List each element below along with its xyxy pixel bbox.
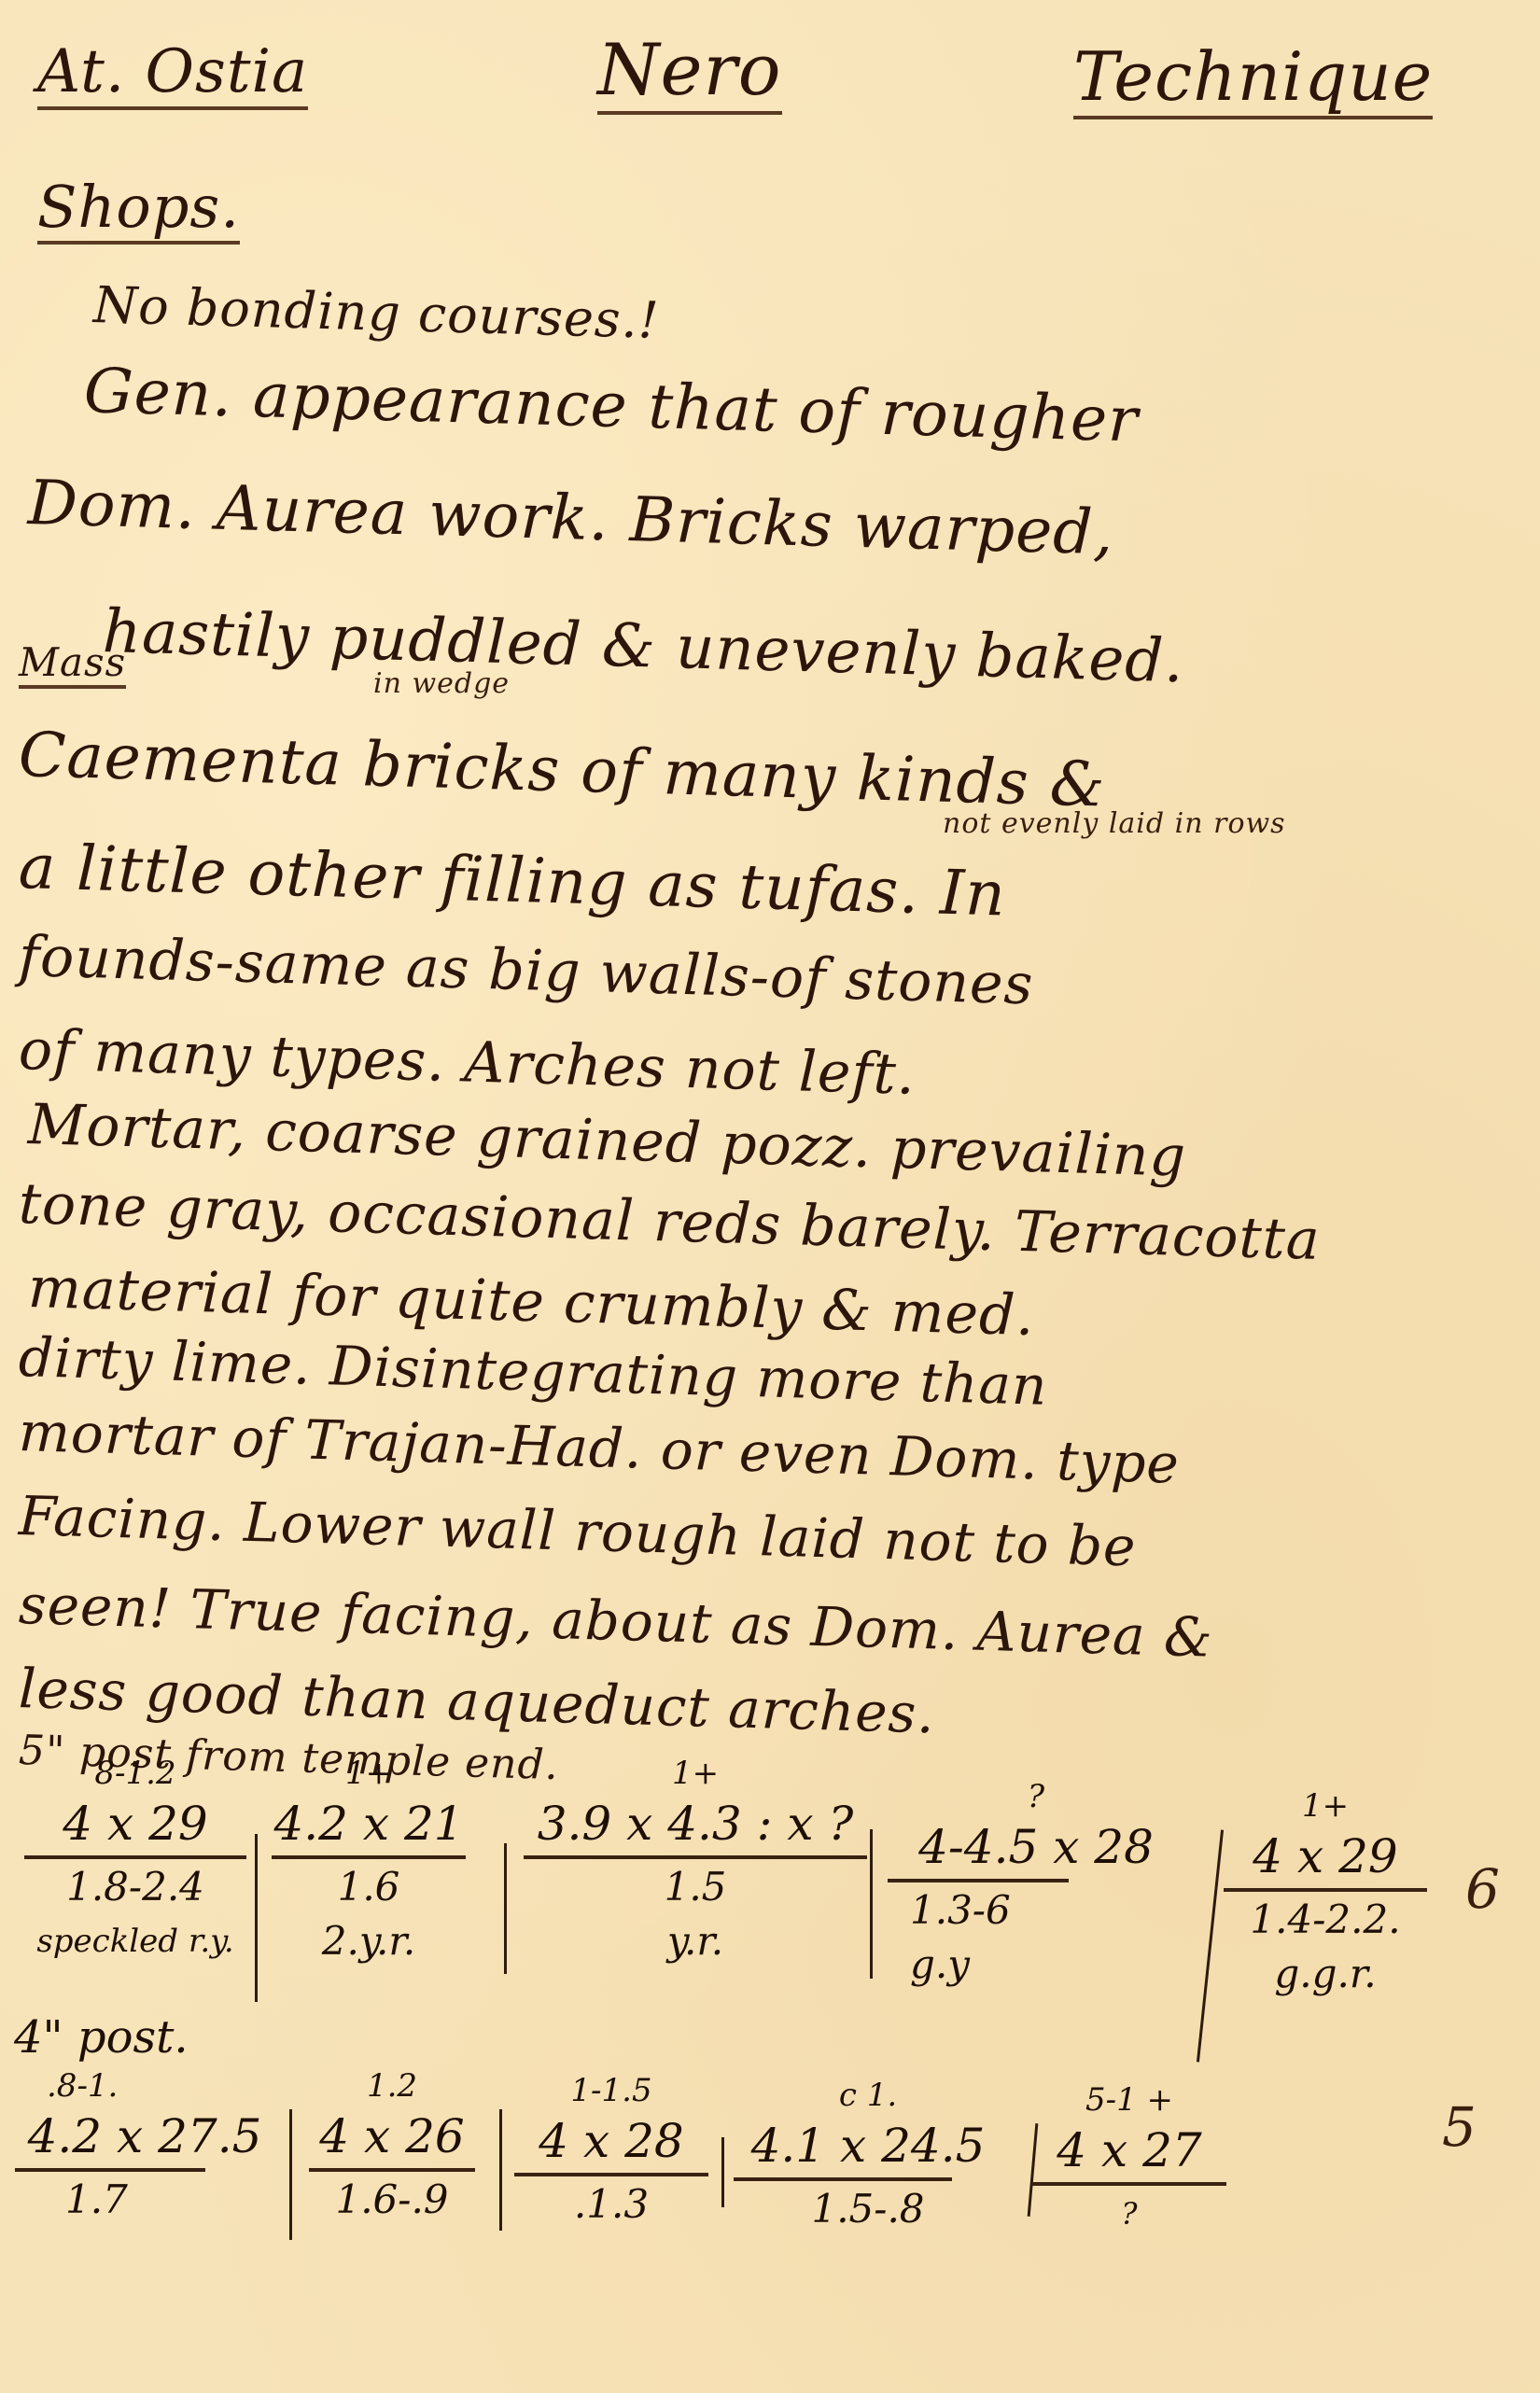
cell-joint: .1.3 — [509, 2180, 714, 2229]
cell-dimensions: 4.2 x 27.5 — [9, 2108, 280, 2164]
cell-joint: 1.5-.8 — [728, 2185, 1008, 2233]
measure-r2-c1: .8-1. 4.2 x 27.5 1.7 — [9, 2067, 280, 2224]
text-line-7: founds-same as big walls-of stones — [18, 924, 1034, 1017]
measure-r1-c1: 8-1.2 4 x 29 1.8-2.4 speckled r.y. — [19, 1755, 252, 1966]
cell-dimensions: 3.9 x 4.3 : x ? — [518, 1796, 873, 1852]
row2-label: 4" post. — [14, 2011, 189, 2064]
header-topic: Technique — [1073, 37, 1433, 119]
cell-color: g.y — [882, 1940, 1190, 1989]
cell-color: g.g.r. — [1218, 1950, 1433, 1998]
fraction-bar — [15, 2168, 205, 2172]
text-line-3: Dom. Aurea work. Bricks warped, — [27, 467, 1115, 568]
cell-top: 1+ — [266, 1755, 471, 1796]
column-divider — [504, 1843, 507, 1974]
cell-color: 2.y.r. — [266, 1917, 471, 1966]
header-period: Nero — [597, 28, 782, 115]
cell-dimensions: 4 x 27 — [1027, 2122, 1232, 2178]
cell-top: 1.2 — [303, 2067, 481, 2108]
fraction-bar — [309, 2168, 475, 2172]
text-line-14: Facing. Lower wall rough laid not to be — [18, 1484, 1137, 1578]
measure-r2-c5: 5-1 + 4 x 27 ? — [1027, 2081, 1232, 2238]
fraction-bar — [734, 2177, 952, 2181]
measure-r1-c5: 1+ 4 x 29 1.4-2.2. g.g.r. — [1218, 1787, 1433, 1998]
column-divider — [499, 2109, 502, 2231]
measure-r1-c2: 1+ 4.2 x 21 1.6 2.y.r. — [266, 1755, 471, 1966]
measure-r2-c3: 1-1.5 4 x 28 .1.3 — [509, 2072, 714, 2229]
cell-top: 8-1.2 — [19, 1755, 252, 1796]
cell-joint: 1.7 — [9, 2176, 280, 2224]
fraction-bar — [524, 1855, 867, 1859]
cell-top: 1+ — [518, 1755, 873, 1796]
cell-joint: 1.8-2.4 — [19, 1863, 252, 1911]
cell-top: 5-1 + — [1027, 2081, 1232, 2122]
heading-mass: Mass — [19, 639, 126, 689]
cell-dimensions: 4.2 x 21 — [266, 1796, 471, 1852]
cell-joint: 1.6 — [266, 1863, 471, 1911]
cell-dimensions: 4 x 28 — [509, 2113, 714, 2169]
insertion-in-wedge: in wedge — [373, 667, 510, 700]
cell-top: .8-1. — [9, 2067, 280, 2108]
fraction-bar — [888, 1879, 1069, 1882]
cell-top: 1+ — [1218, 1787, 1433, 1828]
measure-r2-c2: 1.2 4 x 26 1.6-.9 — [303, 2067, 481, 2224]
cell-joint: 1.3-6 — [882, 1886, 1190, 1935]
column-divider — [721, 2137, 724, 2207]
text-line-8: of many types. Arches not left. — [18, 1017, 917, 1108]
cell-joint: 1.6-.9 — [303, 2176, 481, 2224]
text-line-5: Caementa bricks of many kinds & — [18, 719, 1107, 820]
fraction-bar — [24, 1855, 246, 1859]
measure-r1-c4: ? 4-4.5 x 28 1.3-6 g.y — [882, 1778, 1190, 1989]
cell-dimensions: 4 x 29 — [19, 1796, 252, 1852]
circled-number-5: 5 — [1442, 2095, 1477, 2159]
circled-number-6: 6 — [1465, 1857, 1500, 1921]
column-divider — [255, 1834, 258, 2002]
text-line-4: hastily puddled & unevenly baked. — [102, 597, 1185, 696]
insertion-not-evenly-laid: not evenly laid in rows — [943, 807, 1286, 840]
cell-dimensions: 4 x 29 — [1218, 1828, 1433, 1884]
cell-joint: ? — [1027, 2190, 1232, 2238]
fraction-bar — [272, 1855, 466, 1859]
fraction-bar — [1032, 2182, 1226, 2186]
cell-joint: 1.5 — [518, 1863, 873, 1911]
notebook-page: At. Ostia Nero Technique Shops. No bondi… — [0, 0, 1540, 2393]
header-location: At. Ostia — [37, 37, 308, 110]
cell-color: y.r. — [518, 1917, 873, 1966]
text-line-2: Gen. appearance that of rougher — [83, 355, 1140, 456]
measure-r1-c3: 1+ 3.9 x 4.3 : x ? 1.5 y.r. — [518, 1755, 873, 1966]
text-line-6: a little other filling as tufas. In — [18, 831, 1007, 931]
cell-dimensions: 4 x 26 — [303, 2108, 481, 2164]
heading-shops: Shops. — [37, 173, 240, 245]
cell-dimensions: 4.1 x 24.5 — [728, 2118, 1008, 2174]
column-divider — [870, 1829, 873, 1979]
cell-color: speckled r.y. — [19, 1917, 252, 1966]
fraction-bar — [1224, 1888, 1427, 1892]
text-line-1: No bonding courses.! — [92, 275, 660, 350]
text-line-15: seen! True facing, about as Dom. Aurea & — [18, 1573, 1214, 1670]
cell-joint: 1.4-2.2. — [1218, 1896, 1433, 1944]
cell-top: c 1. — [728, 2077, 1008, 2118]
column-divider — [289, 2109, 292, 2240]
text-line-9: Mortar, coarse grained pozz. prevailing — [27, 1092, 1187, 1190]
cell-top: 1-1.5 — [509, 2072, 714, 2113]
measure-r2-c4: c 1. 4.1 x 24.5 1.5-.8 — [728, 2077, 1008, 2233]
cell-dimensions: 4-4.5 x 28 — [882, 1819, 1190, 1875]
cell-top: ? — [882, 1778, 1190, 1819]
fraction-bar — [514, 2173, 708, 2176]
